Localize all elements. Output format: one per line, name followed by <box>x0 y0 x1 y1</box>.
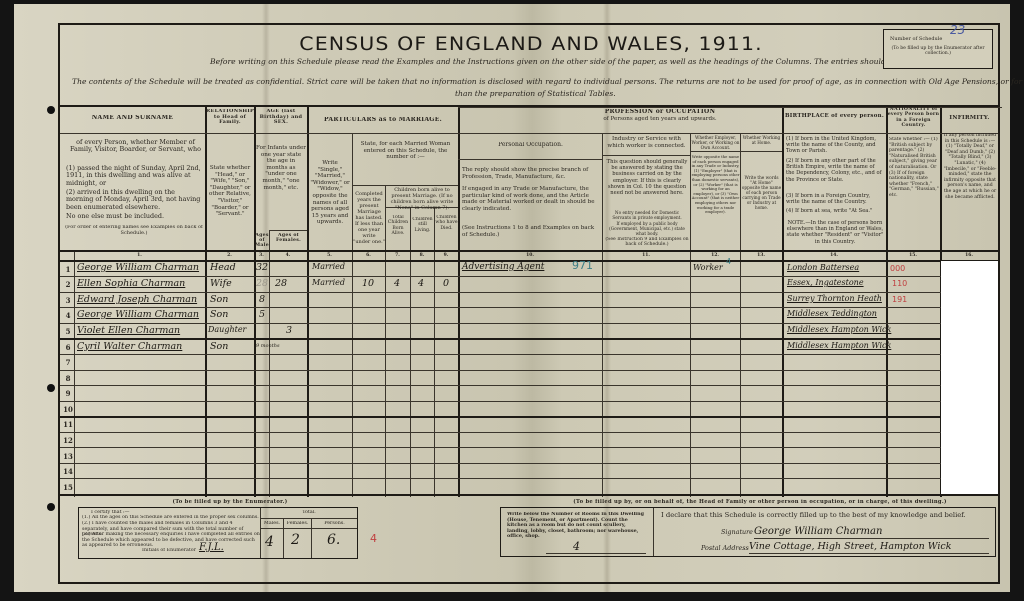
colnum-9: 9. <box>434 252 458 260</box>
col-divider <box>782 107 784 497</box>
person-birthplace: Middlesex Hampton Wick <box>787 325 891 334</box>
person-relationship: Wife <box>210 278 232 289</box>
instructions-line-2: The contents of the Schedule will be tre… <box>72 77 1024 86</box>
industry-subrule <box>602 155 690 156</box>
occupation-subrule <box>458 159 602 160</box>
person-name: George William Charman <box>77 262 199 273</box>
enumerator-heading: (To be filled up by the Enumerator.) <box>130 499 330 506</box>
punch-hole <box>47 384 55 392</box>
household-divider <box>653 508 654 556</box>
colnum-7: 7. <box>385 252 410 260</box>
enumerator-box: I certify that :— (1.) All the ages on t… <box>78 507 358 559</box>
header-birthplace-item4: (4) If born at sea, write "At Sea." <box>786 208 884 214</box>
header-relationship-body: State whether "Head," or "Wife," "Son," … <box>207 165 253 218</box>
person-name: Ellen Sophia Charman <box>77 278 185 289</box>
row-number: 14 <box>62 467 74 476</box>
colnum-5: 5. <box>307 252 352 260</box>
marriage-years: 10 <box>362 278 374 289</box>
header-home-body: Write the words "At Home" opposite the n… <box>741 175 782 210</box>
person-relationship: Son <box>210 341 228 352</box>
age-subrule <box>269 230 307 231</box>
person-occupation: Advertising Agent <box>462 262 544 272</box>
person-marriage: Married <box>312 262 345 271</box>
row-number: 10 <box>62 405 74 414</box>
header-children-died: Children who have Died. <box>435 215 458 231</box>
row-number: 7 <box>62 358 74 367</box>
males-label: Males. <box>261 521 283 527</box>
total-persons: 6. <box>327 532 340 548</box>
rooms-instructions: Write below the Number of Rooms in this … <box>507 512 647 540</box>
row-number: 6 <box>62 343 74 352</box>
header-personal-body-1: The reply should show the precise branch… <box>462 167 600 180</box>
birthplace-code: 110 <box>892 279 907 288</box>
header-married-woman: State, for each Married Woman entered on… <box>354 141 457 161</box>
person-birthplace: Middlesex Teddington <box>787 309 877 318</box>
enumerator-initials: F.J.L. <box>199 542 224 553</box>
header-age-females: Ages of Females. <box>270 233 307 243</box>
row-line <box>60 432 941 433</box>
header-home: Whether Working at Home. <box>741 135 782 145</box>
header-nationality-body: State whether :— (1) "British subject by… <box>889 137 939 199</box>
header-name: NAME AND SURNAME <box>60 115 205 122</box>
header-infirmity-body: If any person included in this Schedule … <box>943 133 997 200</box>
total-label: Total. <box>261 510 357 516</box>
header-name-body: of every Person, whether Member of Famil… <box>68 139 203 154</box>
header-marriage: PARTICULARS as to MARRIAGE. <box>308 117 458 124</box>
header-infirmity: INFIRMITY. <box>941 115 998 122</box>
header-industry-body-2: No entry needed for Domestic Servants in… <box>605 210 689 220</box>
header-employer: Whether Employer, Worker, or Working on … <box>691 135 740 150</box>
children-living: 4 <box>418 278 424 289</box>
totals-rule <box>260 518 357 519</box>
colnum-14: 14. <box>782 252 886 260</box>
person-relationship: Daughter <box>208 325 246 334</box>
row-line <box>60 401 941 402</box>
rownum-divider <box>74 250 75 497</box>
colnum-8: 8. <box>410 252 434 260</box>
redacted-area <box>941 261 998 494</box>
header-children: Children born alive to present Marriage.… <box>386 187 458 211</box>
punch-hole <box>47 503 55 511</box>
person-relationship: Son <box>210 294 228 305</box>
header-name-footnote: (For order of entering names see Example… <box>64 225 204 237</box>
page-title: CENSUS OF ENGLAND AND WALES, 1911. <box>22 33 1024 55</box>
row-line <box>60 447 941 448</box>
header-marriage-years: Completed years the present Marriage has… <box>353 191 385 245</box>
row-line <box>60 323 941 324</box>
census-form: CENSUS OF ENGLAND AND WALES, 1911. Befor… <box>58 23 1000 584</box>
rooms-line <box>546 553 646 554</box>
person-relationship: Head <box>210 262 236 273</box>
row-number: 5 <box>62 327 74 336</box>
person-name: Edward Joseph Charman <box>77 294 197 305</box>
household-heading: (To be filled up by, or on behalf of, th… <box>540 499 980 506</box>
row-line <box>60 276 941 277</box>
row-line <box>60 416 941 418</box>
row-line <box>60 370 941 371</box>
household-box: Write below the Number of Rooms in this … <box>500 507 996 557</box>
marriage-subrule <box>352 185 458 186</box>
address-line <box>749 553 989 554</box>
header-birthplace-item3: (3) If born in a Foreign Country, write … <box>786 193 884 205</box>
person-age-female: 28 <box>275 278 287 289</box>
row-number: 13 <box>62 452 74 461</box>
person-name: Violet Ellen Charman <box>77 325 180 336</box>
certify-3: (3.) After making the necessary enquirie… <box>82 532 260 549</box>
header-children-total: Total Children Born Alive. <box>386 215 410 237</box>
header-occupation: PROFESSION or OCCUPATION <box>540 109 780 116</box>
instructions-line-1: Before writing on this Schedule please r… <box>210 57 955 66</box>
colnum-11: 11. <box>602 252 690 260</box>
females-label: Females. <box>284 521 311 527</box>
header-relationship: RELATIONSHIP to Head of Family. <box>206 109 254 126</box>
row-line <box>60 354 941 355</box>
schedule-number-note: (To be filled up by the Enumerator after… <box>889 46 987 57</box>
occupation-code: 971 <box>572 259 593 272</box>
header-name-item2: (2) arrived in this dwelling on the morn… <box>66 189 204 211</box>
header-age: AGE (last Birthday) and SEX. <box>255 109 307 126</box>
signature-line <box>754 538 989 539</box>
colnum-4: 4. <box>269 252 307 260</box>
initials-label: Initials of Enumerator <box>139 548 199 554</box>
person-employer-status: Worker <box>693 263 723 272</box>
person-age-female: 3 <box>286 325 292 336</box>
row-number: 15 <box>62 483 74 492</box>
col-divider <box>352 133 353 497</box>
header-personal-body-3: (See Instructions 1 to 8 and Examples on… <box>462 225 600 238</box>
person-marriage: Married <box>312 278 345 287</box>
header-industry: Industry or Service with which worker is… <box>603 136 690 149</box>
header-subrule <box>60 133 998 134</box>
person-age-male-struck: 28 <box>256 278 268 289</box>
person-age-male: 5 <box>259 309 265 320</box>
row-line <box>60 338 941 340</box>
person-birthplace: Middlesex Hampton Wick <box>787 341 891 350</box>
schedule-number-box: Number of Schedule 23 (To be filled up b… <box>883 29 993 69</box>
header-nationality: NATIONALITY of every Person born in a Fo… <box>887 107 940 129</box>
instructions-line-3: than the preparation of Statistical Tabl… <box>455 89 616 98</box>
header-occupation-subtitle: of Persons aged ten years and upwards. <box>540 116 780 123</box>
colnum-2: 2. <box>205 252 254 260</box>
children-total: 4 <box>394 278 400 289</box>
col-divider <box>458 107 460 497</box>
row-number: 8 <box>62 374 74 383</box>
header-industry-body-4: (See Instruction 9 and Examples on back … <box>605 237 689 247</box>
row-line <box>60 478 941 479</box>
birthplace-code: 191 <box>892 295 907 304</box>
red-tally-mark: 4 <box>370 532 377 545</box>
header-birthplace-item1: (1) If born in the United Kingdom, write… <box>786 136 884 155</box>
row-line <box>60 463 941 464</box>
colnum-13: 13. <box>740 252 782 260</box>
rooms-count: 4 <box>573 540 580 553</box>
postal-address: Vine Cottage, High Street, Hampton Wick <box>749 541 951 552</box>
header-birthplace-item2: (2) If born in any other part of the Bri… <box>786 158 884 183</box>
colnum-1: 1. <box>74 252 205 260</box>
col-divider <box>602 133 603 497</box>
row-number: 2 <box>62 280 74 289</box>
birthplace-code: 000 <box>890 264 905 273</box>
header-name-item1: (1) passed the night of Sunday, April 2n… <box>66 165 204 187</box>
person-birthplace: London Battersea <box>787 263 859 272</box>
punch-hole <box>47 106 55 114</box>
header-age-males: Ages of Males. <box>255 233 269 248</box>
col-divider <box>269 230 270 497</box>
schedule-number-label: Number of Schedule <box>890 36 942 42</box>
row-number: 3 <box>62 296 74 305</box>
row-number: 9 <box>62 389 74 398</box>
totals-rule <box>260 528 357 529</box>
person-age-male: 32 <box>256 262 268 273</box>
row-number: 4 <box>62 311 74 320</box>
table-bottom-rule <box>60 494 998 496</box>
colnum-6: 6. <box>352 252 385 260</box>
person-relationship: Son <box>210 309 228 320</box>
person-age-male: 8 <box>259 294 265 305</box>
total-females: 2 <box>291 532 300 548</box>
person-name: George William Charman <box>77 309 199 320</box>
header-children-living: Children still Living. <box>411 217 434 233</box>
person-birthplace: Essex, Ingatestone <box>787 278 864 287</box>
total-males: 4 <box>265 534 274 550</box>
col-divider <box>886 107 888 497</box>
colnum-15: 15. <box>886 252 940 260</box>
header-industry-body-3: If employed by a public body (Government… <box>605 221 689 236</box>
header-employer-body: Write opposite the name of each person e… <box>691 155 740 215</box>
person-birthplace: Surrey Thornton Heath <box>787 294 882 303</box>
header-birthplace-note: NOTE.—In the case of persons born elsewh… <box>786 220 884 245</box>
home-subrule <box>740 151 782 152</box>
row-number: 11 <box>62 420 74 429</box>
employer-code: 4 <box>726 257 731 266</box>
header-personal-body-2: If engaged in any Trade or Manufacture, … <box>462 186 600 212</box>
person-name: Cyril Walter Charman <box>77 341 182 352</box>
employer-subrule <box>690 151 740 152</box>
row-line <box>60 385 941 386</box>
row-number: 12 <box>62 436 74 445</box>
signature: George William Charman <box>754 526 882 537</box>
colnum-16: 16. <box>940 252 998 260</box>
header-industry-body-1: This question should generally be answer… <box>605 159 689 196</box>
header-age-body: For Infants under one year state the age… <box>256 145 306 191</box>
row-line <box>60 292 941 293</box>
certify-1: (1.) All the ages on this Schedule are e… <box>82 515 260 521</box>
header-personal-occupation: Personal Occupation. <box>459 142 602 149</box>
row-line <box>60 307 941 308</box>
header-marriage-condition: Write "Single," "Married," "Widower," or… <box>309 160 351 226</box>
row-number: 1 <box>62 265 74 274</box>
person-age-male: 9 months <box>256 343 280 349</box>
persons-label: Persons. <box>312 521 357 527</box>
schedule-number-value: 23 <box>950 27 965 33</box>
declaration: I declare that this Schedule is correctl… <box>661 511 991 519</box>
header-birthplace: BIRTHPLACE of every person. <box>783 113 886 120</box>
colnum-12: 12. <box>690 252 740 260</box>
children-died: 0 <box>443 278 449 289</box>
colnum-3: 3. <box>254 252 269 260</box>
header-name-note: No one else must be included. <box>66 213 204 220</box>
